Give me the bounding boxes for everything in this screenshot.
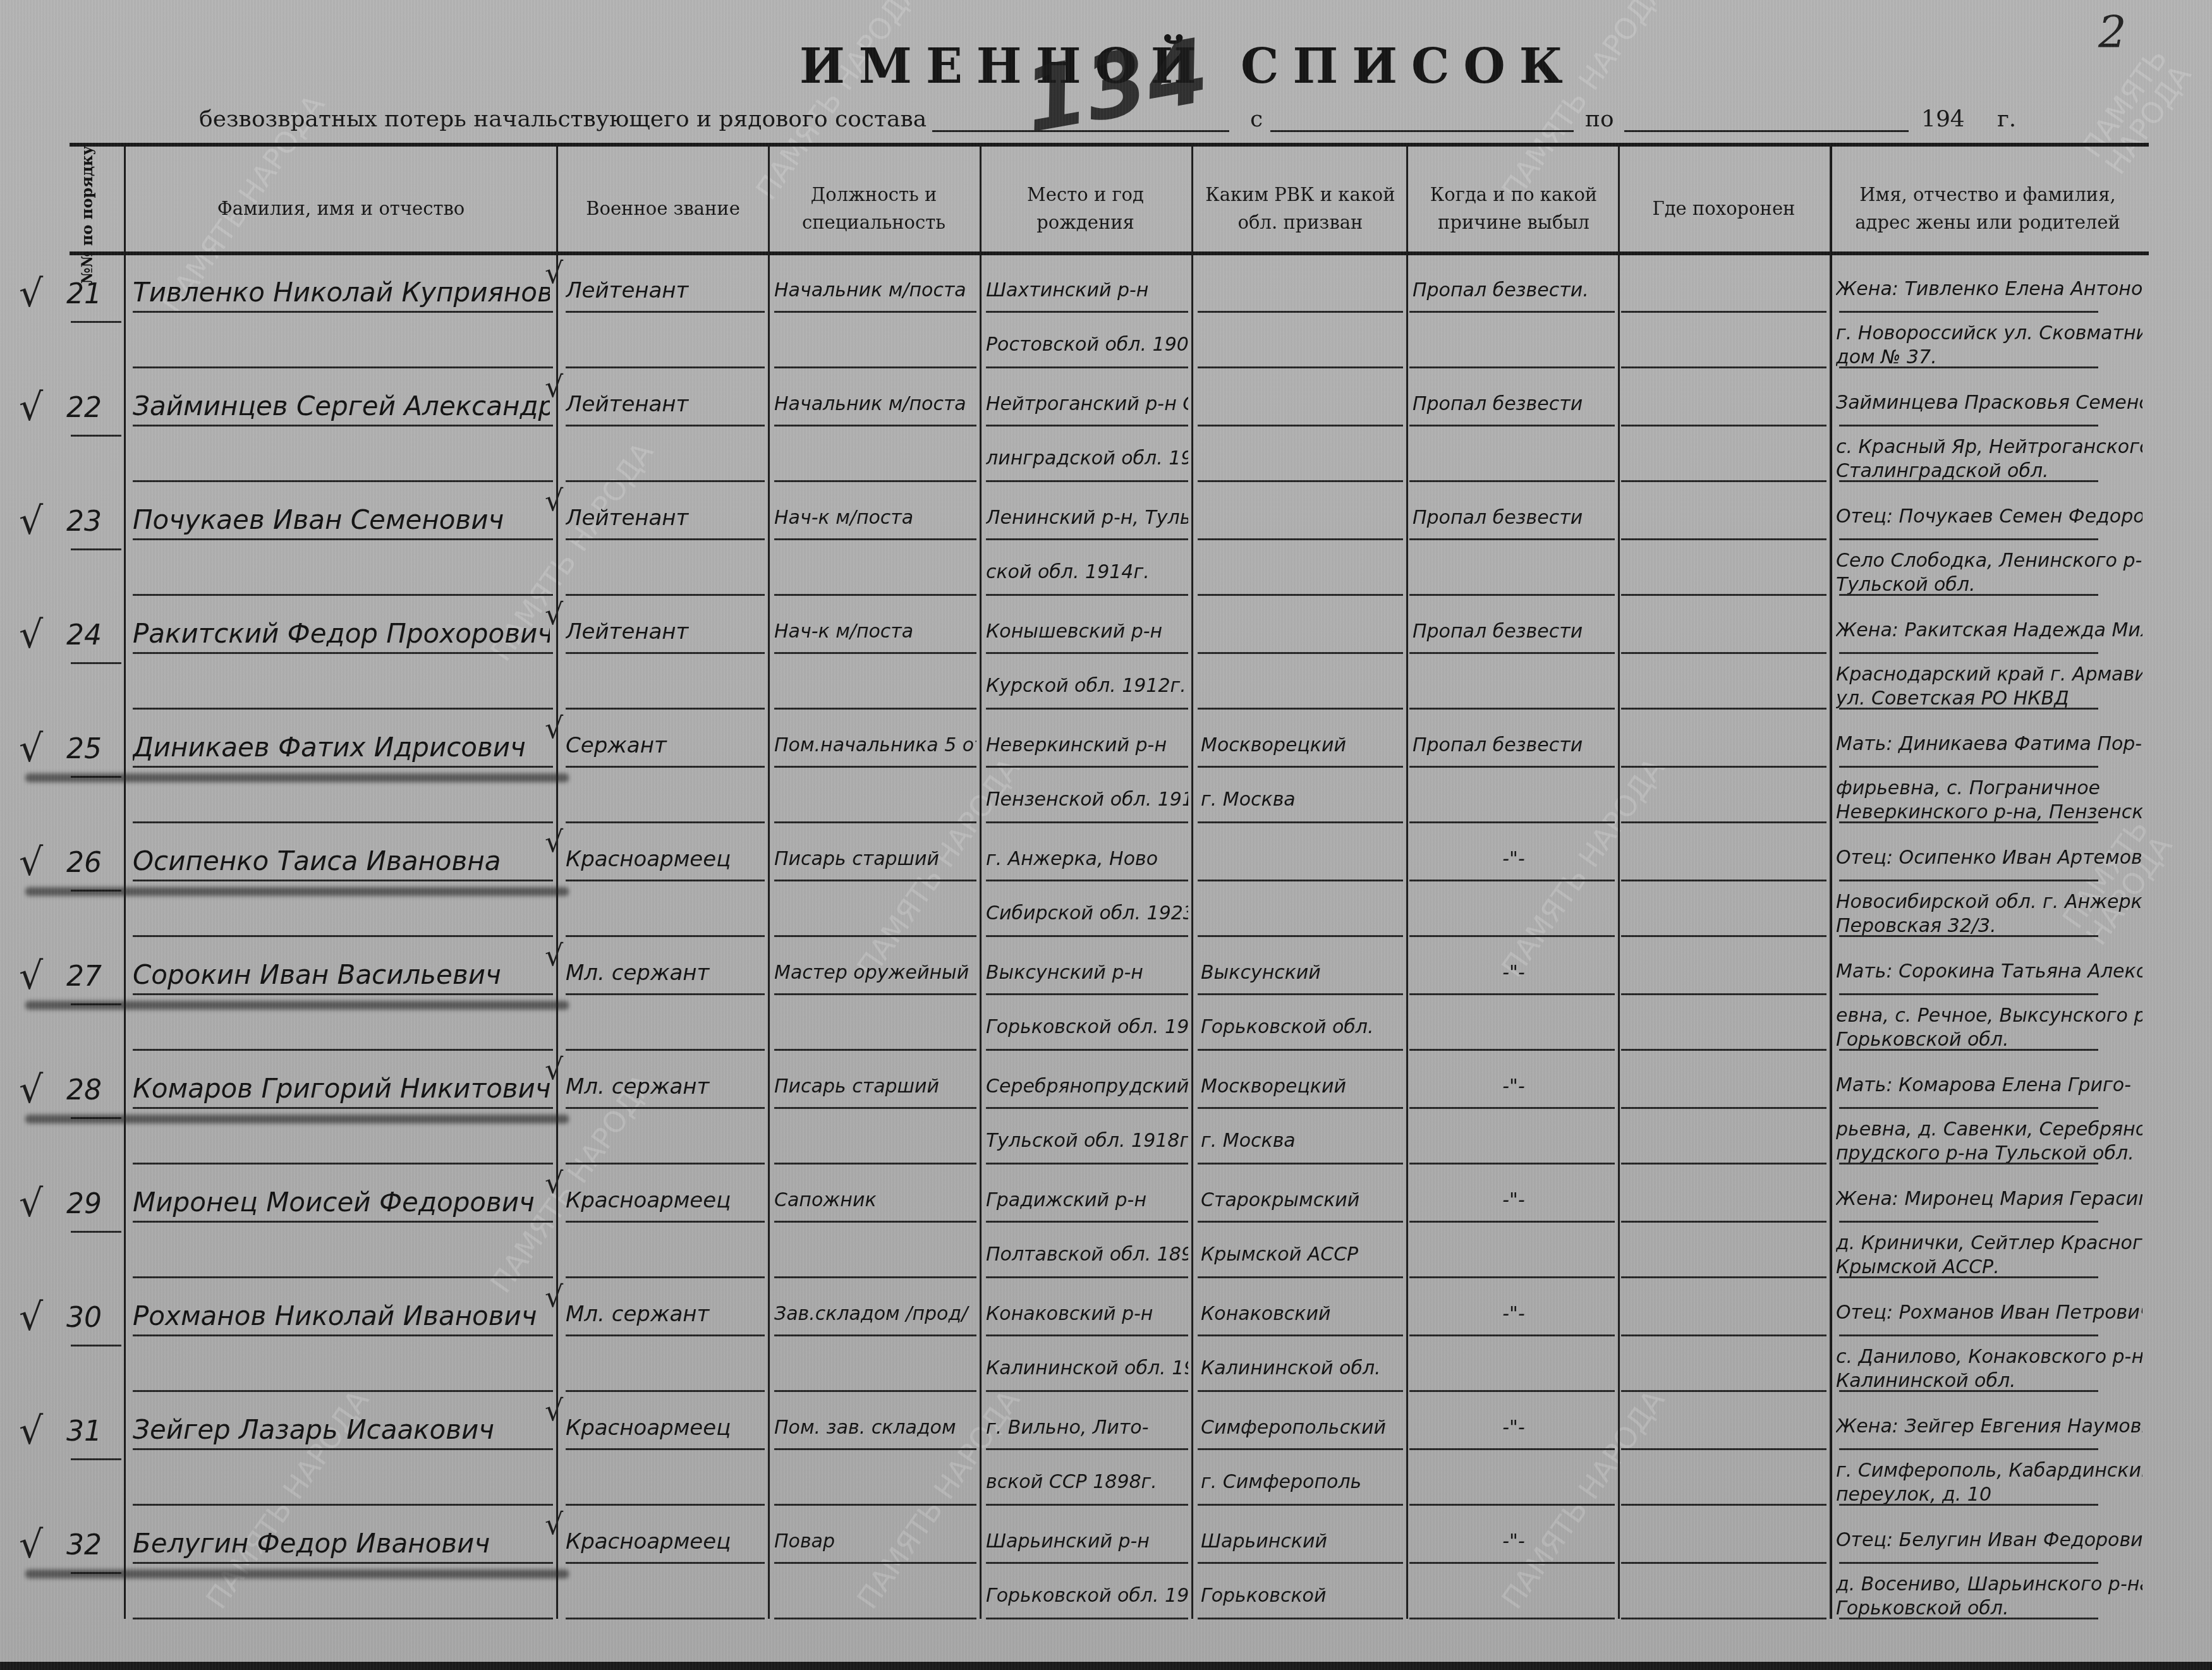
- cell-position: Писарь старший: [774, 1075, 976, 1098]
- row-divider: [566, 766, 765, 768]
- cell-rank: Красноармеец: [566, 847, 765, 872]
- row-divider: [986, 935, 1188, 937]
- row-divider: [1621, 1504, 1826, 1506]
- row-divider: [1621, 993, 1826, 995]
- cell-rank: Сержант: [566, 733, 765, 758]
- row-divider: [1621, 708, 1826, 710]
- row-divider: [133, 1334, 553, 1336]
- cell-rel-1: Займинцева Прасковья Семеновна /мать/: [1836, 392, 2142, 414]
- row-divider: [566, 538, 765, 540]
- blank-line: [1270, 130, 1574, 132]
- cell-draft-2: Калининской обл.: [1201, 1357, 1403, 1379]
- row-divider: [1839, 1618, 2098, 1619]
- row-divider: [1198, 1049, 1403, 1051]
- cell-rel-3: Неверкинского р-на, Пензенской обл.: [1836, 801, 2142, 823]
- checkmark-icon: √: [19, 499, 43, 543]
- row-divider: [1409, 366, 1615, 368]
- cell-birth-1: Ленинский р-н, Туль-: [986, 507, 1188, 529]
- row-divider: [566, 1163, 765, 1165]
- cell-birth-1: Шарьинский р-н: [986, 1530, 1188, 1552]
- row-divider: [774, 594, 976, 596]
- cell-birth-2: Ростовской обл. 1908: [986, 334, 1188, 356]
- row-divider: [1409, 538, 1615, 540]
- row-number: 29: [66, 1188, 102, 1220]
- row-divider: [1198, 1221, 1403, 1223]
- row-divider: [774, 1562, 976, 1564]
- blank-line: [932, 130, 1229, 132]
- row-divider: [1409, 766, 1615, 768]
- cell-birth-1: Серебрянопрудский р-н: [986, 1075, 1188, 1098]
- row-divider: [1198, 1390, 1403, 1392]
- row-divider: [1198, 1334, 1403, 1336]
- row-divider: [774, 480, 976, 482]
- watermark: ПАМЯТЬ НАРОДА: [2069, 32, 2203, 190]
- row-divider: [1409, 1504, 1615, 1506]
- cell-name: Тивленко Николай Куприянович: [133, 277, 550, 308]
- cell-birth-1: Нейтроганский р-н Ста-: [986, 393, 1188, 415]
- cell-reason: Пропал безвести.: [1413, 279, 1615, 301]
- row-divider: [71, 435, 121, 437]
- row-divider: [1198, 1107, 1403, 1109]
- row-number: 25: [66, 733, 102, 765]
- row-divider: [133, 1618, 553, 1619]
- row-number: 27: [66, 960, 102, 993]
- checkmark-icon: √: [19, 1068, 43, 1112]
- cell-rank: Красноармеец: [566, 1188, 765, 1213]
- cell-birth-1: Шахтинский р-н: [986, 279, 1188, 301]
- year-suffix: г.: [1997, 106, 2016, 132]
- row-divider: [133, 1221, 553, 1223]
- row-divider: [986, 1448, 1188, 1450]
- row-divider: [566, 1562, 765, 1564]
- cell-birth-2: линградской обл. 1914г.: [986, 447, 1188, 469]
- row-divider: [774, 1221, 976, 1223]
- row-divider: [566, 1049, 765, 1051]
- row-divider: [1621, 1618, 1826, 1619]
- cell-reason: -"-: [1413, 1417, 1615, 1439]
- row-number: 28: [66, 1074, 102, 1106]
- row-divider: [1409, 1618, 1615, 1619]
- row-divider: [1839, 1504, 2098, 1506]
- row-divider: [986, 821, 1188, 823]
- cell-name: Белугин Федор Иванович: [133, 1528, 550, 1559]
- row-divider: [1198, 1163, 1403, 1165]
- cell-rel-3: Горьковской обл.: [1836, 1597, 2142, 1619]
- cell-draft-2: г. Москва: [1201, 789, 1403, 811]
- cell-rel-2: рьевна, д. Савенки, Серебряно-: [1836, 1118, 2142, 1141]
- row-divider: [1621, 652, 1826, 654]
- row-divider: [986, 480, 1188, 482]
- row-divider: [1839, 538, 2098, 540]
- row-divider: [133, 1562, 553, 1564]
- row-divider: [1409, 993, 1615, 995]
- cell-rel-3: Калининской обл.: [1836, 1370, 2142, 1392]
- row-divider: [1621, 538, 1826, 540]
- row-divider: [1621, 594, 1826, 596]
- row-divider: [1839, 480, 2098, 482]
- row-divider: [1409, 1221, 1615, 1223]
- checkmark-icon: √: [19, 272, 43, 316]
- row-number: 21: [66, 278, 102, 310]
- checkmark-icon: √: [19, 840, 43, 885]
- row-divider: [1621, 425, 1826, 427]
- row-divider: [133, 366, 553, 368]
- cell-position: Пом. зав. складом: [774, 1417, 976, 1439]
- row-divider: [1409, 935, 1615, 937]
- checkmark-icon: √: [19, 1523, 43, 1567]
- cell-reason: -"-: [1413, 1530, 1615, 1552]
- row-divider: [774, 821, 976, 823]
- cell-rel-3: ул. Советская РО НКВД: [1836, 687, 2142, 710]
- column-divider: [1191, 147, 1193, 1619]
- row-divider: [133, 935, 553, 937]
- cell-birth-1: Конаковский р-н: [986, 1303, 1188, 1325]
- cell-rank: Лейтенант: [566, 278, 765, 303]
- row-divider: [1621, 766, 1826, 768]
- cell-name: Рохманов Николай Иванович: [133, 1300, 550, 1331]
- cell-position: Мастер оружейный: [774, 962, 976, 984]
- to-label: по: [1585, 106, 1614, 132]
- cell-birth-2: Сибирской обл. 1923г.: [986, 902, 1188, 924]
- row-divider: [986, 425, 1188, 427]
- row-divider: [1839, 766, 2098, 768]
- row-divider: [986, 1163, 1188, 1165]
- row-divider: [1409, 652, 1615, 654]
- page-number: 2: [2098, 6, 2127, 58]
- row-divider: [133, 1163, 553, 1165]
- row-divider: [133, 766, 553, 768]
- row-number: 22: [66, 392, 102, 424]
- cell-name: Диникаев Фатих Идрисович: [133, 732, 550, 763]
- row-divider: [986, 311, 1188, 313]
- row-number: 30: [66, 1302, 102, 1334]
- document-subtitle: безвозвратных потерь начальствующего и р…: [199, 106, 927, 132]
- row-divider: [133, 480, 553, 482]
- row-divider: [566, 1276, 765, 1278]
- row-divider: [1621, 480, 1826, 482]
- cell-birth-2: Пензенской обл. 1917г.: [986, 789, 1188, 811]
- header-number: №№ по порядку: [49, 196, 125, 234]
- row-divider: [566, 708, 765, 710]
- header-buried: Где похоронен: [1621, 167, 1826, 250]
- cell-rel-2: г. Новороссийск ул. Сковматника: [1836, 322, 2142, 344]
- row-divider: [133, 594, 553, 596]
- row-divider: [1198, 1276, 1403, 1278]
- row-divider: [1839, 1562, 2098, 1564]
- row-divider: [1621, 1562, 1826, 1564]
- row-divider: [566, 425, 765, 427]
- row-divider: [566, 1390, 765, 1392]
- cell-name: Комаров Григорий Никитович: [133, 1073, 550, 1104]
- row-divider: [1198, 821, 1403, 823]
- row-divider: [133, 652, 553, 654]
- row-divider: [566, 652, 765, 654]
- cell-reason: -"-: [1413, 1303, 1615, 1325]
- cell-position: Писарь старший: [774, 848, 976, 870]
- row-divider: [986, 1504, 1188, 1506]
- column-divider: [768, 147, 770, 1619]
- cell-position: Нач-к м/поста: [774, 507, 976, 529]
- from-label: с: [1250, 106, 1263, 132]
- row-divider: [566, 1504, 765, 1506]
- row-divider: [774, 1163, 976, 1165]
- row-divider: [1621, 880, 1826, 881]
- cell-rel-2: д. Кринички, Сейтлер Красногорск: [1836, 1232, 2142, 1254]
- row-divider: [1409, 311, 1615, 313]
- row-divider: [1839, 652, 2098, 654]
- row-divider: [1409, 1390, 1615, 1392]
- row-divider: [774, 1618, 976, 1619]
- cell-rel-3: прудского р-на Тульской обл.: [1836, 1142, 2142, 1165]
- row-number: 26: [66, 847, 102, 879]
- row-divider: [1409, 594, 1615, 596]
- checkmark-icon: √: [19, 954, 43, 998]
- cell-reason: Пропал безвести: [1413, 620, 1615, 643]
- row-number: 24: [66, 619, 102, 651]
- header-bottom-rule: [70, 251, 2149, 255]
- row-divider: [1198, 1448, 1403, 1450]
- cell-rel-1: Жена: Ракитская Надежда Михайлов.: [1836, 619, 2142, 641]
- cell-birth-2: ской обл. 1914г.: [986, 561, 1188, 583]
- row-divider: [1621, 1163, 1826, 1165]
- checkmark-icon: √: [19, 1295, 43, 1340]
- cell-position: Пом.начальника 5 отдел.: [774, 734, 976, 756]
- cell-rank: Мл. сержант: [566, 1302, 765, 1327]
- cell-birth-1: г. Анжерка, Ново: [986, 848, 1188, 870]
- row-divider: [1839, 366, 2098, 368]
- row-divider: [133, 708, 553, 710]
- row-divider: [566, 1448, 765, 1450]
- cell-draft-2: г. Москва: [1201, 1130, 1403, 1152]
- cell-name: Почукаев Иван Семенович: [133, 504, 550, 535]
- cell-birth-2: Тульской обл. 1918г.: [986, 1130, 1188, 1152]
- row-divider: [986, 594, 1188, 596]
- cell-rel-3: дом № 37.: [1836, 346, 2142, 368]
- column-divider: [980, 147, 981, 1619]
- row-divider: [986, 1334, 1188, 1336]
- row-divider: [774, 1334, 976, 1336]
- cell-draft-1: Выксунский: [1201, 962, 1403, 984]
- row-divider: [986, 1221, 1188, 1223]
- row-divider: [1198, 594, 1403, 596]
- row-divider: [133, 1504, 553, 1506]
- pencil-strike: [25, 1001, 569, 1010]
- row-divider: [1839, 935, 2098, 937]
- row-divider: [566, 935, 765, 937]
- row-divider: [774, 1276, 976, 1278]
- row-divider: [774, 538, 976, 540]
- cell-rank: Красноармеец: [566, 1415, 765, 1441]
- cell-reason: Пропал безвести: [1413, 393, 1615, 415]
- row-divider: [566, 821, 765, 823]
- checkmark-icon: √: [19, 1409, 43, 1453]
- row-divider: [986, 652, 1188, 654]
- cell-rel-1: Жена: Зейгер Евгения Наумовна: [1836, 1415, 2142, 1437]
- row-divider: [774, 1504, 976, 1506]
- cell-reason: Пропал безвести: [1413, 734, 1615, 756]
- row-divider: [1839, 821, 2098, 823]
- row-divider: [1198, 425, 1403, 427]
- row-divider: [1409, 425, 1615, 427]
- header-reason: Когда и по какой причине выбыл: [1413, 167, 1615, 250]
- row-divider: [986, 1276, 1188, 1278]
- cell-rel-3: Сталинградской обл.: [1836, 460, 2142, 482]
- cell-rel-3: Перовская 32/3.: [1836, 915, 2142, 937]
- row-divider: [1198, 480, 1403, 482]
- cell-position: Начальник м/поста: [774, 279, 976, 301]
- row-divider: [1198, 538, 1403, 540]
- row-divider: [133, 1390, 553, 1392]
- row-divider: [1621, 1221, 1826, 1223]
- row-divider: [133, 1107, 553, 1109]
- row-divider: [1409, 1163, 1615, 1165]
- row-divider: [986, 1049, 1188, 1051]
- row-divider: [566, 1221, 765, 1223]
- cell-reason: -"-: [1413, 1189, 1615, 1211]
- row-divider: [986, 1562, 1188, 1564]
- cell-reason: -"-: [1413, 1075, 1615, 1098]
- cell-rel-2: Новосибирской обл. г. Анжерка: [1836, 891, 2142, 913]
- cell-rel-1: Мать: Диникаева Фатима Пор-: [1836, 733, 2142, 755]
- cell-position: Зав.складом /прод/: [774, 1303, 976, 1325]
- row-divider: [71, 548, 121, 550]
- row-divider: [774, 311, 976, 313]
- cell-rank: Мл. сержант: [566, 1074, 765, 1099]
- cell-rel-1: Мать: Комарова Елена Григо-: [1836, 1074, 2142, 1096]
- cell-rel-3: Горьковской обл.: [1836, 1029, 2142, 1051]
- cell-rank: Мл. сержант: [566, 960, 765, 986]
- bottom-edge: [0, 1662, 2212, 1670]
- cell-rel-2: фирьевна, с. Пограничное: [1836, 777, 2142, 799]
- pencil-strike: [25, 1570, 569, 1578]
- row-divider: [1198, 993, 1403, 995]
- cell-rel-2: Село Слободка, Ленинского р-на: [1836, 550, 2142, 572]
- row-divider: [1839, 1163, 2098, 1165]
- cell-draft-1: Симферопольский: [1201, 1417, 1403, 1439]
- row-divider: [133, 1448, 553, 1450]
- row-divider: [986, 880, 1188, 881]
- checkmark-icon: √: [19, 727, 43, 771]
- row-divider: [1621, 1334, 1826, 1336]
- row-divider: [1839, 1276, 2098, 1278]
- cell-draft-2: г. Симферополь: [1201, 1471, 1403, 1493]
- row-divider: [1409, 1107, 1615, 1109]
- row-divider: [986, 366, 1188, 368]
- row-number: 31: [66, 1415, 102, 1448]
- cell-birth-2: Горьковской обл. 1917г.: [986, 1585, 1188, 1607]
- row-divider: [1409, 1276, 1615, 1278]
- cell-reason: -"-: [1413, 848, 1615, 870]
- row-divider: [986, 1107, 1188, 1109]
- row-divider: [566, 1334, 765, 1336]
- cell-rank: Лейтенант: [566, 505, 765, 531]
- checkmark-icon: √: [19, 613, 43, 657]
- header-name: Фамилия, имя и отчество: [126, 167, 556, 250]
- row-divider: [1621, 1107, 1826, 1109]
- row-number: 23: [66, 505, 102, 538]
- cell-rel-1: Отец: Рохманов Иван Петрович: [1836, 1302, 2142, 1324]
- row-divider: [1409, 1334, 1615, 1336]
- row-divider: [986, 1618, 1188, 1619]
- row-divider: [774, 1107, 976, 1109]
- cell-birth-2: Горьковской обл. 1918: [986, 1016, 1188, 1038]
- cell-rel-2: с. Красный Яр, Нейтроганского р-на: [1836, 436, 2142, 458]
- row-divider: [1409, 880, 1615, 881]
- row-divider: [71, 321, 121, 323]
- row-divider: [986, 993, 1188, 995]
- row-divider: [1839, 1448, 2098, 1450]
- cell-rel-1: Жена: Миронец Мария Герасимов.: [1836, 1188, 2142, 1210]
- row-divider: [566, 311, 765, 313]
- header-rank: Военное звание: [558, 167, 768, 250]
- year-label: 194: [1921, 106, 1965, 132]
- row-divider: [1198, 935, 1403, 937]
- row-divider: [566, 993, 765, 995]
- cell-rel-1: Отец: Осипенко Иван Артемович: [1836, 847, 2142, 869]
- cell-rank: Лейтенант: [566, 392, 765, 417]
- cell-draft-1: Старокрымский: [1201, 1189, 1403, 1211]
- cell-rel-1: Отец: Почукаев Семен Федорович: [1836, 505, 2142, 528]
- row-divider: [71, 662, 121, 664]
- row-divider: [133, 311, 553, 313]
- row-divider: [1839, 708, 2098, 710]
- row-divider: [1621, 1276, 1826, 1278]
- row-divider: [774, 652, 976, 654]
- cell-rel-3: переулок, д. 10: [1836, 1484, 2142, 1506]
- row-divider: [986, 708, 1188, 710]
- cell-rel-3: Тульской обл.: [1836, 574, 2142, 596]
- row-divider: [774, 708, 976, 710]
- row-divider: [1839, 425, 2098, 427]
- row-divider: [1198, 652, 1403, 654]
- cell-birth-1: Градижский р-н: [986, 1189, 1188, 1211]
- row-divider: [1198, 1504, 1403, 1506]
- row-divider: [986, 766, 1188, 768]
- cell-draft-2: Крымской АССР: [1201, 1243, 1403, 1266]
- row-divider: [133, 993, 553, 995]
- row-divider: [1621, 366, 1826, 368]
- cell-draft-1: Конаковский: [1201, 1303, 1403, 1325]
- row-divider: [774, 880, 976, 881]
- row-divider: [774, 1390, 976, 1392]
- blank-line: [1624, 130, 1909, 132]
- cell-position: Сапожник: [774, 1189, 976, 1211]
- cell-draft-1: Шарьинский: [1201, 1530, 1403, 1552]
- row-divider: [133, 538, 553, 540]
- cell-name: Сорокин Иван Васильевич: [133, 959, 550, 990]
- row-divider: [1839, 594, 2098, 596]
- cell-reason: -"-: [1413, 962, 1615, 984]
- row-divider: [1409, 480, 1615, 482]
- pencil-strike: [25, 887, 569, 896]
- row-divider: [1198, 366, 1403, 368]
- cell-birth-1: Конышевский р-н: [986, 620, 1188, 643]
- row-divider: [71, 1345, 121, 1346]
- checkmark-icon: √: [19, 385, 43, 430]
- row-divider: [133, 821, 553, 823]
- row-divider: [774, 1049, 976, 1051]
- cell-rank: Красноармеец: [566, 1529, 765, 1554]
- row-divider: [1409, 1448, 1615, 1450]
- column-divider: [1406, 147, 1408, 1619]
- row-number: 32: [66, 1529, 102, 1561]
- cell-name: Миронец Моисей Федорович: [133, 1187, 550, 1218]
- row-divider: [1621, 1448, 1826, 1450]
- row-divider: [1839, 880, 2098, 881]
- cell-birth-2: Курской обл. 1912г.: [986, 675, 1188, 697]
- cell-name: Осипенко Таиса Ивановна: [133, 845, 550, 876]
- cell-draft-1: Москворецкий: [1201, 1075, 1403, 1098]
